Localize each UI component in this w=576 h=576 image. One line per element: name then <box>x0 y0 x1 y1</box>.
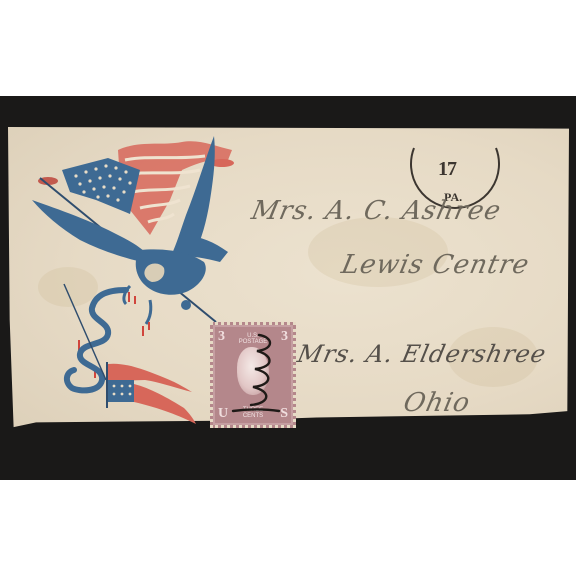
lower-flag <box>107 362 196 424</box>
address-line-2: Lewis Centre <box>339 250 533 280</box>
pen-cancel-mark <box>213 325 293 425</box>
address-line-3: Mrs. A. Eldershree <box>295 340 549 368</box>
postmark-day: 17 <box>438 158 456 181</box>
postage-stamp: 3 3 U.S. POSTAGE THREE CENTS U S <box>210 322 296 428</box>
address-line-1: Mrs. A. C. Ashree <box>249 196 504 226</box>
address-line-4: Ohio <box>401 388 473 418</box>
patriotic-illustration <box>0 0 576 576</box>
